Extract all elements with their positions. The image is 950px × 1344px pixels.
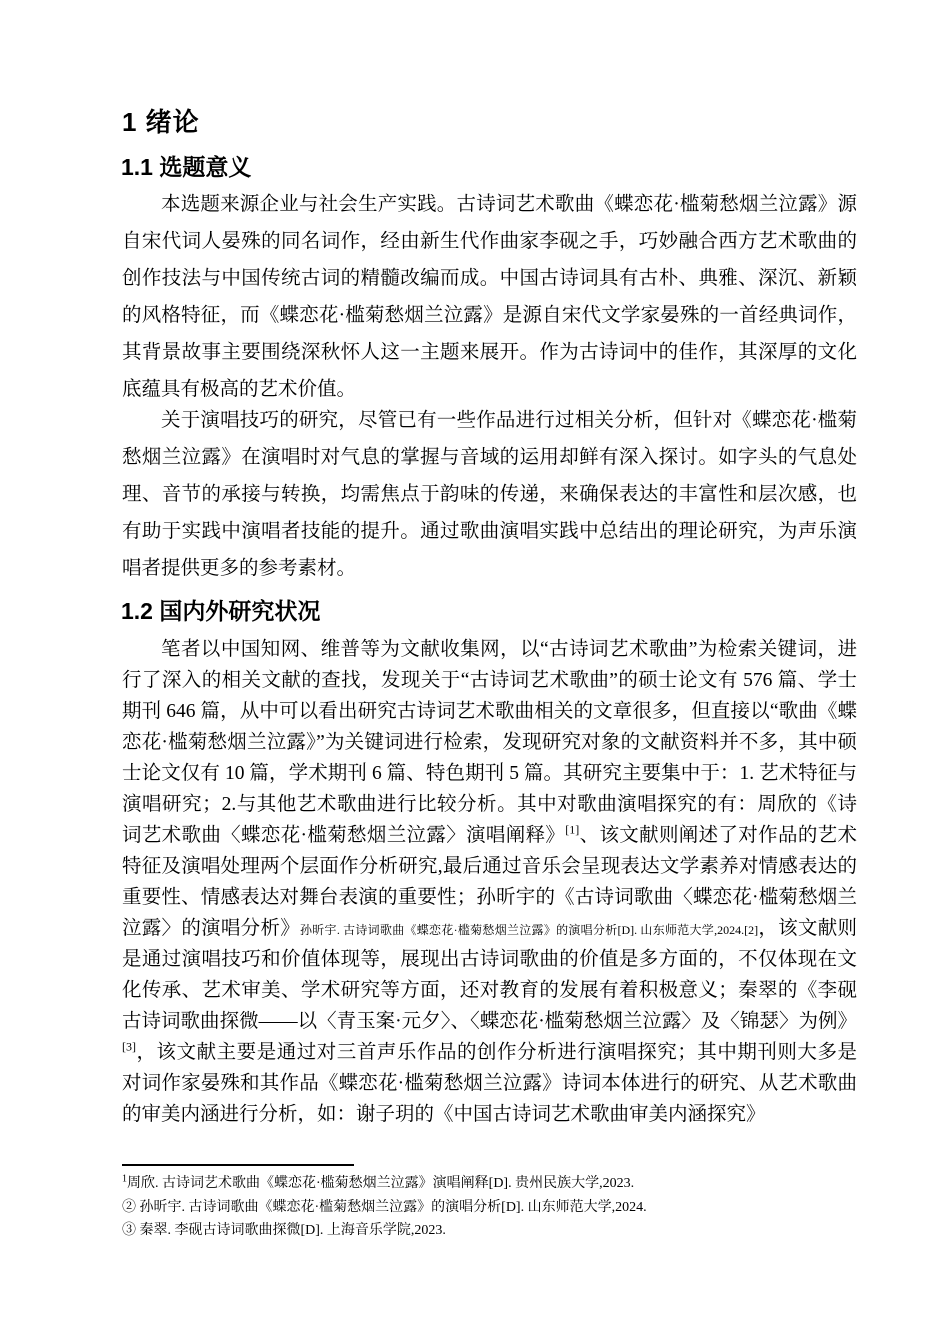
- paragraph-topic-significance-1: 本选题来源企业与社会生产实践。古诗词艺术歌曲《蝶恋花·槛菊愁烟兰泣露》源自宋代词…: [122, 186, 857, 408]
- footnote-1-text: 周欣. 古诗词艺术歌曲《蝶恋花·槛菊愁烟兰泣露》演唱阐释[D]. 贵州民族大学,…: [127, 1176, 634, 1191]
- paragraph-research-status: 笔者以中国知网、维普等为文献收集网，以“古诗词艺术歌曲”为检索关键词，进行了深入…: [122, 634, 857, 1130]
- footnote-1: 1周欣. 古诗词艺术歌曲《蝶恋花·槛菊愁烟兰泣露》演唱阐释[D]. 贵州民族大学…: [122, 1172, 867, 1196]
- paragraph-topic-significance-2: 关于演唱技巧的研究，尽管已有一些作品进行过相关分析，但针对《蝶恋花·槛菊愁烟兰泣…: [122, 402, 857, 587]
- citation-superscript-1: [1]: [565, 823, 579, 837]
- footnote-3-marker: ③: [122, 1223, 136, 1238]
- footnote-separator: [122, 1164, 354, 1166]
- body-text-run: 笔者以中国知网、维普等为文献收集网，以“古诗词艺术歌曲”为检索关键词，进行了深入…: [122, 639, 857, 846]
- footnotes-block: 1周欣. 古诗词艺术歌曲《蝶恋花·槛菊愁烟兰泣露》演唱阐释[D]. 贵州民族大学…: [122, 1172, 867, 1243]
- footnote-2-marker: ②: [122, 1200, 136, 1215]
- body-text-run: ，该文献主要是通过对三首声乐作品的创作分析进行演唱探究；其中期刊则大多是对词作家…: [122, 1042, 857, 1125]
- inline-citation-note: 孙昕宇. 古诗词歌曲《蝶恋花·槛菊愁烟兰泣露》的演唱分析[D]. 山东师范大学,…: [300, 923, 758, 937]
- footnote-3-text: 秦翠. 李砚古诗词歌曲探微[D]. 上海音乐学院,2023.: [136, 1223, 446, 1238]
- footnote-2-text: 孙昕宇. 古诗词歌曲《蝶恋花·槛菊愁烟兰泣露》的演唱分析[D]. 山东师范大学,…: [136, 1200, 647, 1215]
- citation-superscript-3: [3]: [122, 1040, 136, 1054]
- footnote-2: ② 孙昕宇. 古诗词歌曲《蝶恋花·槛菊愁烟兰泣露》的演唱分析[D]. 山东师范大…: [122, 1196, 867, 1220]
- section-heading-1-2: 1.2 国内外研究状况: [121, 597, 320, 625]
- document-page: 1 绪论 1.1 选题意义 本选题来源企业与社会生产实践。古诗词艺术歌曲《蝶恋花…: [0, 0, 950, 1344]
- footnote-3: ③ 秦翠. 李砚古诗词歌曲探微[D]. 上海音乐学院,2023.: [122, 1219, 867, 1243]
- chapter-heading: 1 绪论: [122, 106, 200, 138]
- section-heading-1-1: 1.1 选题意义: [121, 153, 251, 181]
